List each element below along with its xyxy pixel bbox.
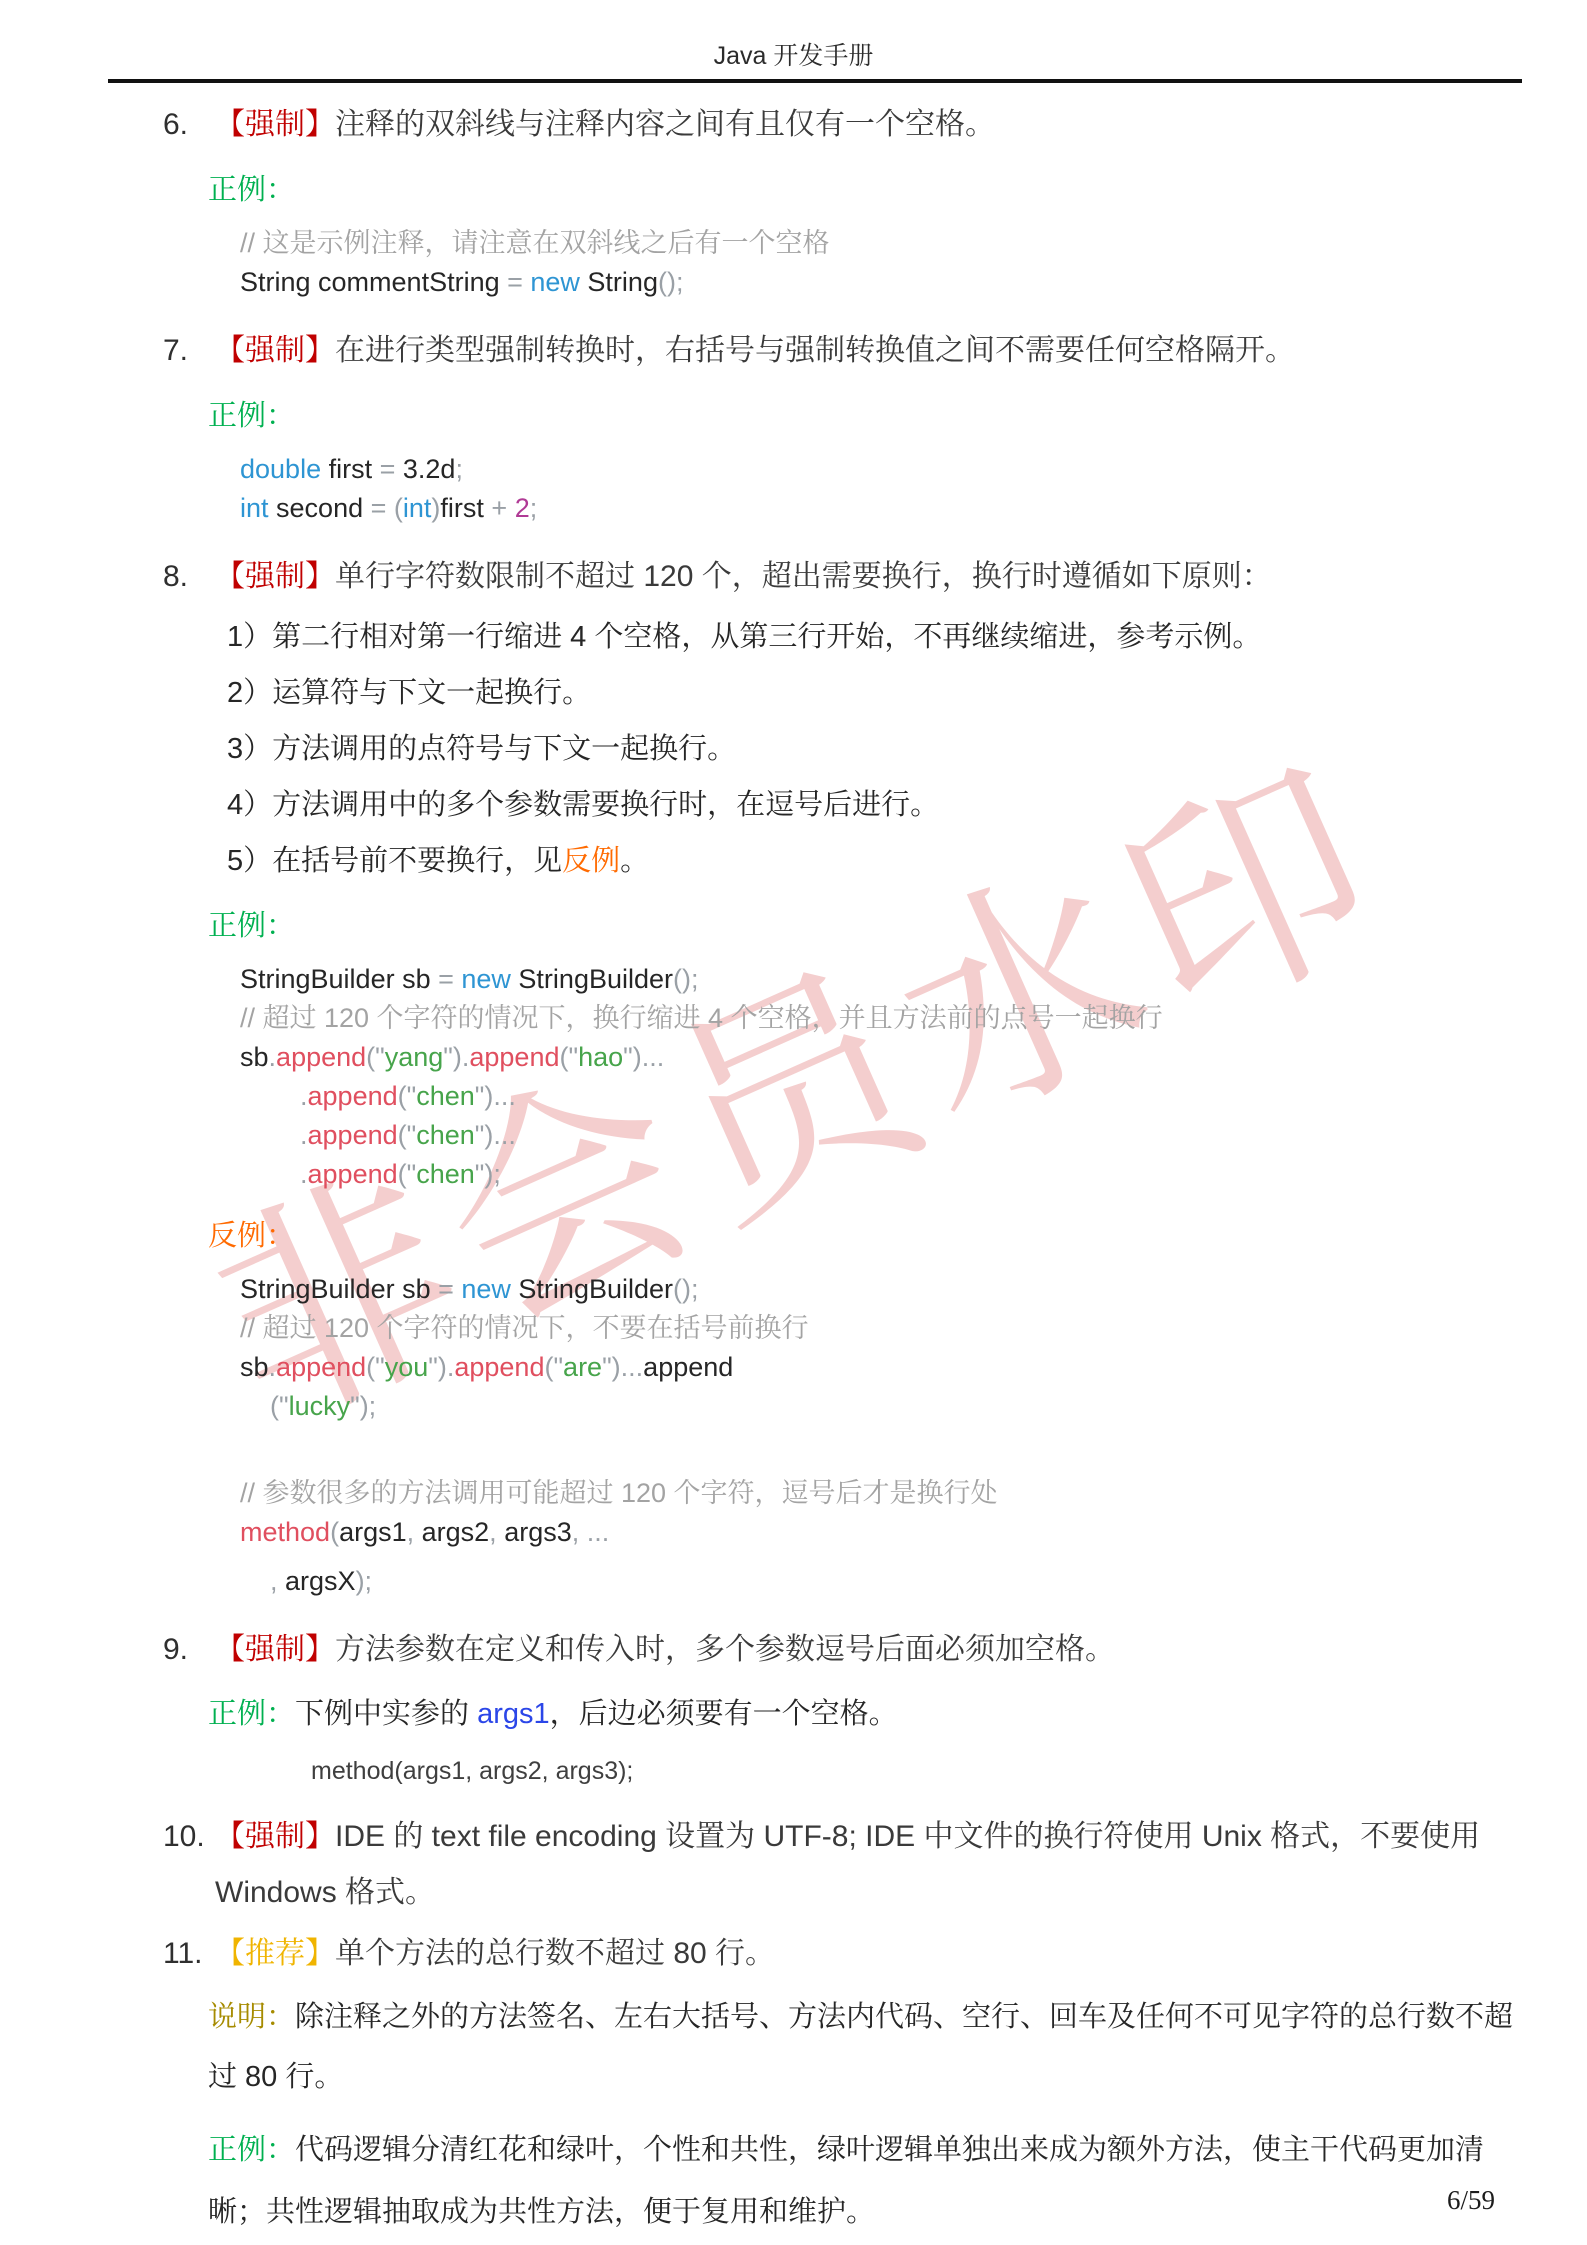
rule-number: 10. (163, 1809, 215, 1865)
rule-number: 9. (163, 1627, 215, 1673)
rule-text: 在进行类型强制转换时，右括号与强制转换值之间不需要任何空格隔开。 (335, 334, 1295, 367)
rule-item-7: 7.【强制】在进行类型强制转换时，右括号与强制转换值之间不需要任何空格隔开。 (163, 328, 1528, 374)
list-item: 5）在括号前不要换行，见反例。 (227, 838, 1528, 884)
rule-item-9: 9.【强制】方法参数在定义和传入时，多个参数逗号后面必须加空格。 (163, 1627, 1528, 1673)
rule-text: IDE 的 text file encoding 设置为 UTF-8; IDE … (215, 1820, 1480, 1909)
positive-example-label: 正例： (208, 394, 1528, 438)
list-item: 4）方法调用中的多个参数需要换行时，在逗号后进行。 (227, 782, 1528, 828)
list-item: 1）第二行相对第一行缩进 4 个空格，从第三行开始，不再继续缩进，参考示例。 (227, 614, 1528, 660)
code-block: double first = 3.2d; int second = (int)f… (240, 450, 1528, 528)
rule-text: 注释的双斜线与注释内容之间有且仅有一个空格。 (335, 108, 995, 141)
rule-number: 7. (163, 328, 215, 374)
code-block: StringBuilder sb = new StringBuilder(); … (240, 960, 1528, 1194)
code-line: method(args1, args2, args3); (311, 1753, 1528, 1789)
severity-badge-mandatory: 【强制】 (215, 108, 335, 141)
code-line: StringBuilder sb = new StringBuilder(); (240, 960, 1528, 999)
severity-badge-mandatory: 【强制】 (215, 1820, 335, 1853)
code-line: StringBuilder sb = new StringBuilder(); (240, 1270, 1528, 1309)
page-number: 6/59 (1447, 2185, 1495, 2216)
positive-example-label: 正例： (208, 168, 1528, 212)
code-line: double first = 3.2d; (240, 450, 1528, 489)
rule-text: 单行字符数限制不超过 120 个，超出需要换行，换行时遵循如下原则： (335, 560, 1272, 593)
doc-title: Java 开发手册 (0, 36, 1587, 72)
positive-example-paragraph: 正例：下例中实参的 args1，后边必须要有一个空格。 (208, 1691, 1528, 1737)
header-divider (108, 79, 1522, 83)
rule-item-8: 8.【强制】单行字符数限制不超过 120 个，超出需要换行，换行时遵循如下原则： (163, 554, 1528, 600)
negative-example-label: 反例： (208, 1214, 1528, 1258)
list-item: 3）方法调用的点符号与下文一起换行。 (227, 726, 1528, 772)
severity-badge-recommended: 【推荐】 (215, 1937, 335, 1970)
code-line: method(args1, args2, args3, ... (240, 1513, 1528, 1552)
rule-sublist: 1）第二行相对第一行缩进 4 个空格，从第三行开始，不再继续缩进，参考示例。 2… (227, 614, 1528, 884)
document-page: Java 开发手册 非会员水印 6.【强制】注释的双斜线与注释内容之间有且仅有一… (0, 0, 1587, 2245)
note-paragraph: 说明：除注释之外的方法签名、左右大括号、方法内代码、空行、回车及任何不可见字符的… (208, 1987, 1528, 2107)
code-line: // 超过 120 个字符的情况下，不要在括号前换行 (240, 1309, 1528, 1348)
code-line: // 参数很多的方法调用可能超过 120 个字符，逗号后才是换行处 (240, 1474, 1528, 1513)
code-line: .append("chen"); (240, 1155, 1528, 1194)
rule-number: 11. (163, 1931, 215, 1977)
code-line: String commentString = new String(); (240, 263, 1528, 302)
rule-text: 方法参数在定义和传入时，多个参数逗号后面必须加空格。 (335, 1633, 1115, 1666)
rule-item-6: 6.【强制】注释的双斜线与注释内容之间有且仅有一个空格。 (163, 102, 1528, 148)
severity-badge-mandatory: 【强制】 (215, 560, 335, 593)
list-item: 2）运算符与下文一起换行。 (227, 670, 1528, 716)
code-block: StringBuilder sb = new StringBuilder(); … (240, 1270, 1528, 1426)
code-line: int second = (int)first + 2; (240, 489, 1528, 528)
code-line: sb.append("yang").append("hao")... (240, 1038, 1528, 1077)
vertical-spacer (163, 1426, 1528, 1462)
page-content: 6.【强制】注释的双斜线与注释内容之间有且仅有一个空格。 正例： // 这是示例… (163, 96, 1528, 2243)
code-line: // 超过 120 个字符的情况下，换行缩进 4 个空格，并且方法前的点号一起换… (240, 999, 1528, 1038)
code-line: .append("chen")... (240, 1116, 1528, 1155)
code-line: ("lucky"); (240, 1387, 1528, 1426)
rule-item-11: 11.【推荐】单个方法的总行数不超过 80 行。 (163, 1931, 1528, 1977)
rule-number: 8. (163, 554, 215, 600)
code-line: .append("chen")... (240, 1077, 1528, 1116)
rule-text: 单个方法的总行数不超过 80 行。 (335, 1937, 775, 1970)
code-line: , argsX); (240, 1562, 1528, 1601)
code-line: // 这是示例注释，请注意在双斜线之后有一个空格 (240, 224, 1528, 263)
code-block: // 这是示例注释，请注意在双斜线之后有一个空格 String commentS… (240, 224, 1528, 302)
positive-example-paragraph: 正例：代码逻辑分清红花和绿叶，个性和共性，绿叶逻辑单独出来成为额外方法，使主干代… (208, 2119, 1528, 2243)
positive-example-label: 正例： (208, 904, 1528, 948)
code-block: // 参数很多的方法调用可能超过 120 个字符，逗号后才是换行处 method… (240, 1474, 1528, 1601)
severity-badge-mandatory: 【强制】 (215, 334, 335, 367)
code-line: sb.append("you").append("are")...append (240, 1348, 1528, 1387)
severity-badge-mandatory: 【强制】 (215, 1633, 335, 1666)
rule-number: 6. (163, 102, 215, 148)
rule-item-10: 10.【强制】IDE 的 text file encoding 设置为 UTF-… (163, 1809, 1528, 1921)
